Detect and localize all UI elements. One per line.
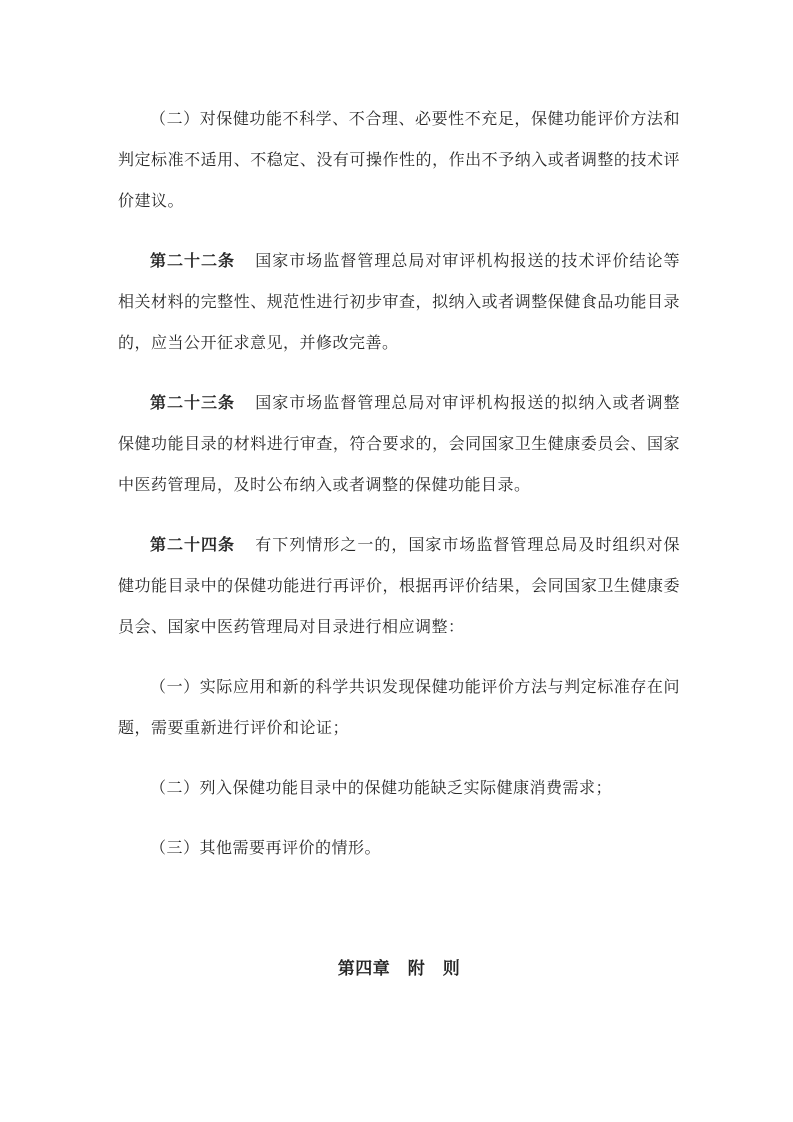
document-page: （二）对保健功能不科学、不合理、必要性不充足，保健功能评价方法和判定标准不适用、… <box>0 0 793 1122</box>
paragraph: 第二十四条 有下列情形之一的，国家市场监督管理总局及时组织对保健功能目录中的保健… <box>118 525 680 648</box>
document-body: （二）对保健功能不科学、不合理、必要性不充足，保健功能评价方法和判定标准不适用、… <box>118 99 680 869</box>
article-number: 第二十二条 <box>150 253 235 270</box>
paragraph: （一）实际应用和新的科学共识发现保健功能评价方法与判定标准存在问题，需要重新进行… <box>118 667 680 749</box>
article-number: 第二十四条 <box>150 537 235 554</box>
chapter-heading: 第四章 附 则 <box>118 948 680 989</box>
paragraph: 第二十二条 国家市场监督管理总局对审评机构报送的技术评价结论等相关材料的完整性、… <box>118 241 680 364</box>
paragraph: （二）对保健功能不科学、不合理、必要性不充足，保健功能评价方法和判定标准不适用、… <box>118 99 680 222</box>
paragraph-text: （一）实际应用和新的科学共识发现保健功能评价方法与判定标准存在问题，需要重新进行… <box>118 679 680 737</box>
paragraph-text: （二）对保健功能不科学、不合理、必要性不充足，保健功能评价方法和判定标准不适用、… <box>118 111 680 210</box>
paragraph-text: （三）其他需要再评价的情形。 <box>150 840 381 857</box>
article-number: 第二十三条 <box>150 395 235 412</box>
paragraph-text: （二）列入保健功能目录中的保健功能缺乏实际健康消费需求； <box>150 780 612 797</box>
paragraph: （三）其他需要再评价的情形。 <box>118 828 680 869</box>
paragraph: （二）列入保健功能目录中的保健功能缺乏实际健康消费需求； <box>118 768 680 809</box>
paragraph: 第二十三条 国家市场监督管理总局对审评机构报送的拟纳入或者调整保健功能目录的材料… <box>118 383 680 506</box>
